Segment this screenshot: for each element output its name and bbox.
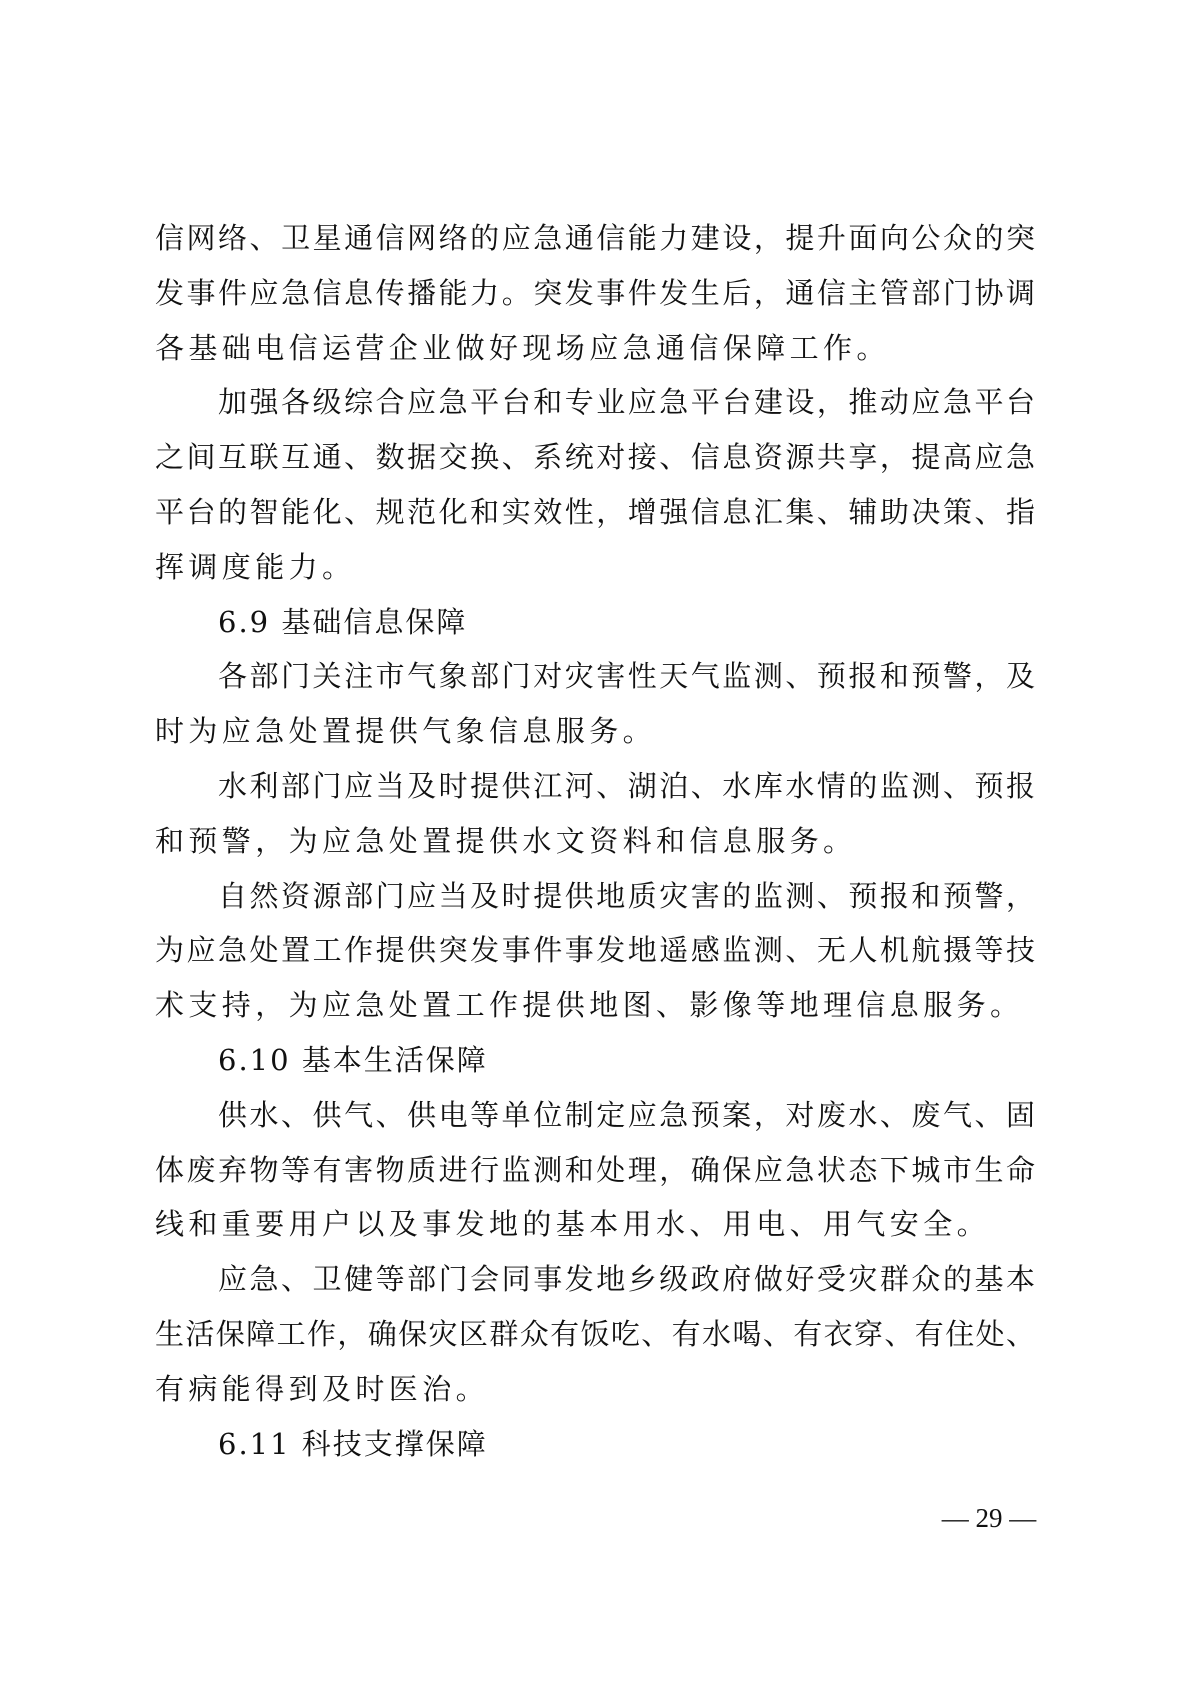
paragraph-first-line: 自然资源部门应当及时提供地质灾害的监测、预报和预警， bbox=[155, 869, 1035, 924]
body-text-line: 线和重要用户以及事发地的基本用水、用电、用气安全。 bbox=[155, 1197, 1035, 1252]
paragraph-first-line: 水利部门应当及时提供江河、湖泊、水库水情的监测、预报 bbox=[155, 759, 1035, 814]
section-heading-6-11: 6.11 科技支撑保障 bbox=[155, 1417, 1035, 1472]
section-heading-6-9: 6.9 基础信息保障 bbox=[155, 595, 1035, 650]
paragraph-first-line: 应急、卫健等部门会同事发地乡级政府做好受灾群众的基本 bbox=[155, 1252, 1035, 1307]
paragraph-first-line: 各部门关注市气象部门对灾害性天气监测、预报和预警，及 bbox=[155, 649, 1035, 704]
body-text-line: 之间互联互通、数据交换、系统对接、信息资源共享，提高应急 bbox=[155, 430, 1035, 485]
paragraph-first-line: 供水、供气、供电等单位制定应急预案，对废水、废气、固 bbox=[155, 1088, 1035, 1143]
document-body: 信网络、卫星通信网络的应急通信能力建设，提升面向公众的突 发事件应急信息传播能力… bbox=[155, 211, 1035, 1471]
body-text-line: 有病能得到及时医治。 bbox=[155, 1362, 1035, 1417]
body-text-line: 生活保障工作，确保灾区群众有饭吃、有水喝、有衣穿、有住处、 bbox=[155, 1307, 1035, 1362]
body-text-line: 为应急处置工作提供突发事件事发地遥感监测、无人机航摄等技 bbox=[155, 923, 1035, 978]
section-heading-6-10: 6.10 基本生活保障 bbox=[155, 1033, 1035, 1088]
body-text-line: 各基础电信运营企业做好现场应急通信保障工作。 bbox=[155, 321, 1035, 376]
paragraph-first-line: 加强各级综合应急平台和专业应急平台建设，推动应急平台 bbox=[155, 375, 1035, 430]
body-text-line: 平台的智能化、规范化和实效性，增强信息汇集、辅助决策、指 bbox=[155, 485, 1035, 540]
body-text-line: 信网络、卫星通信网络的应急通信能力建设，提升面向公众的突 bbox=[155, 211, 1035, 266]
body-text-line: 时为应急处置提供气象信息服务。 bbox=[155, 704, 1035, 759]
body-text-line: 体废弃物等有害物质进行监测和处理，确保应急状态下城市生命 bbox=[155, 1143, 1035, 1198]
page-number: — 29 — bbox=[939, 1500, 1039, 1536]
body-text-line: 术支持，为应急处置工作提供地图、影像等地理信息服务。 bbox=[155, 978, 1035, 1033]
body-text-line: 和预警，为应急处置提供水文资料和信息服务。 bbox=[155, 814, 1035, 869]
body-text-line: 挥调度能力。 bbox=[155, 540, 1035, 595]
body-text-line: 发事件应急信息传播能力。突发事件发生后，通信主管部门协调 bbox=[155, 266, 1035, 321]
